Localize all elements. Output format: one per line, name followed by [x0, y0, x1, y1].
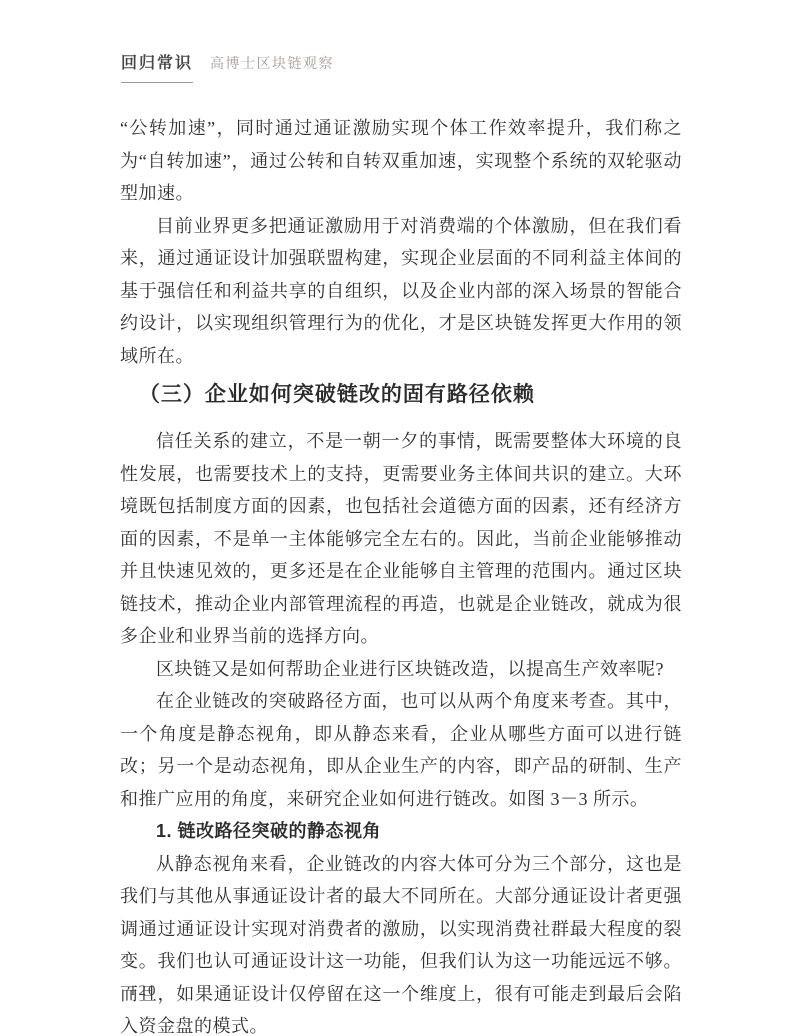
- paragraph: 在企业链改的突破路径方面，也可以从两个角度来考查。其中，一个角度是静态视角，即从…: [120, 685, 682, 815]
- running-head: 回归常识 高博士区块链观察: [121, 50, 334, 83]
- paragraph-continued: “公转加速”，同时通过通证激励实现个体工作效率提升，我们称之为“自转加速”，通过…: [120, 112, 682, 210]
- section-heading: （三）企业如何突破链改的固有路径依赖: [120, 378, 682, 412]
- book-title: 回归常识: [121, 50, 193, 83]
- paragraph: 区块链又是如何帮助企业进行区块链改造，以提高生产效率呢?: [120, 653, 682, 686]
- book-subtitle: 高博士区块链观察: [210, 53, 334, 73]
- paragraph: 信任关系的建立，不是一朝一夕的事情，既需要整体大环境的良性发展，也需要技术上的支…: [120, 425, 682, 653]
- page-number: 120: [129, 983, 158, 1000]
- sub-heading: 1. 链改路径突破的静态视角: [120, 815, 682, 848]
- paragraph: 目前业界更多把通证激励用于对消费端的个体激励，但在我们看来，通过通证设计加强联盟…: [120, 210, 682, 373]
- page-body: “公转加速”，同时通过通证激励实现个体工作效率提升，我们称之为“自转加速”，通过…: [120, 112, 682, 1036]
- paragraph: 从静态视角来看，企业链改的内容大体可分为三个部分，这也是我们与其他从事通证设计者…: [120, 848, 682, 1036]
- book-page: 回归常识 高博士区块链观察 “公转加速”，同时通过通证激励实现个体工作效率提升，…: [0, 0, 800, 1036]
